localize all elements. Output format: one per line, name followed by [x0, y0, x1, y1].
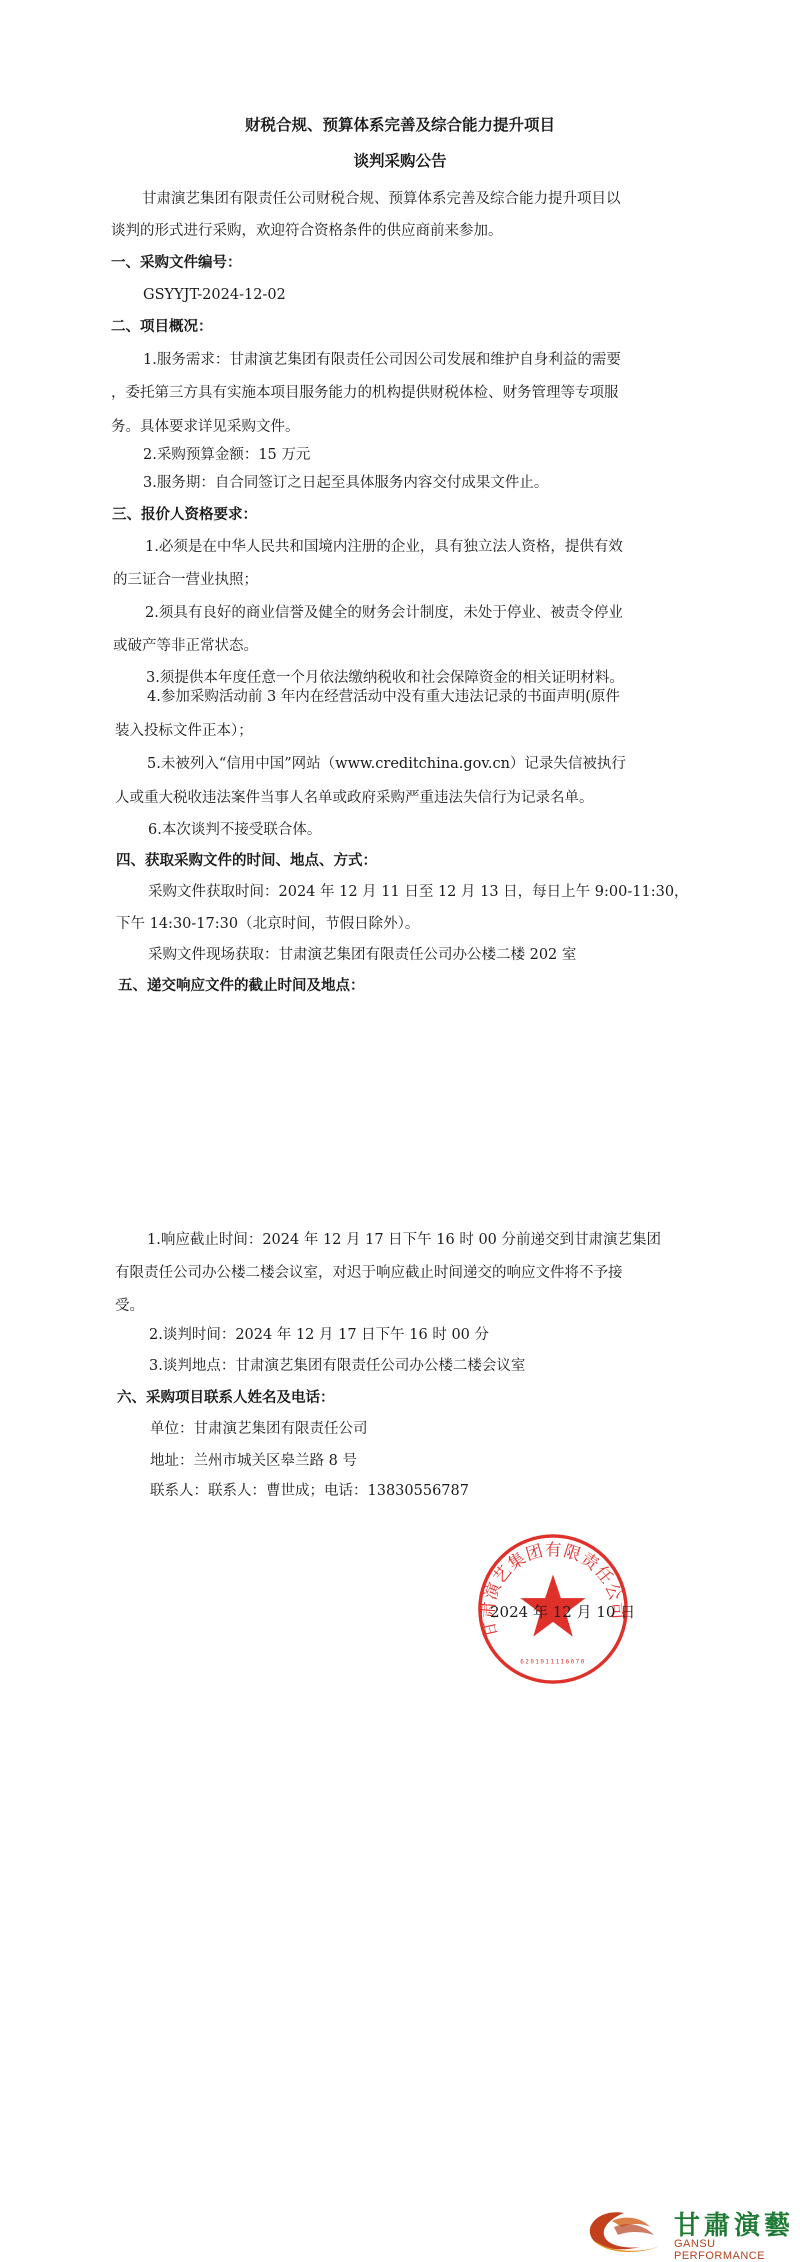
s2-item1-line1: 1.服务需求：甘肃演艺集团有限责任公司因公司发展和维护自身利益的需要 [143, 351, 621, 369]
s2-item1-line3: 务。具体要求详见采购文件。 [111, 418, 300, 436]
procurement-number: GSYYJT-2024-12-02 [143, 286, 286, 304]
section5-heading: 五、递交响应文件的截止时间及地点： [118, 977, 365, 995]
s4-time-line2: 下午 14:30-17:30（北京时间，节假日除外）。 [116, 915, 419, 933]
s3-item2-line1: 2.须具有良好的商业信誉及健全的财务会计制度，未处于停业、被责令停业 [145, 604, 623, 622]
doc-title-line1: 财税合规、预算体系完善及综合能力提升项目 [0, 113, 800, 135]
s5-item3-place: 3.谈判地点：甘肃演艺集团有限责任公司办公楼二楼会议室 [149, 1357, 525, 1375]
doc-title-line2: 谈判采购公告 [0, 149, 800, 171]
s6-address: 地址：兰州市城关区皋兰路 8 号 [150, 1452, 357, 1470]
logo-english-text: GANSU PERFORMANCE [674, 2238, 794, 2262]
gansu-performance-logo: 甘肅演藝 GANSU PERFORMANCE [584, 2205, 794, 2257]
s5-item1-line2: 有限责任公司办公楼二楼会议室，对迟于响应截止时间递交的响应文件将不予接 [115, 1264, 623, 1282]
signing-date: 2024 年 12 月 10 日 [490, 1601, 635, 1622]
s3-item2-line2: 或破产等非正常状态。 [113, 637, 258, 655]
intro-line1: 甘肃演艺集团有限责任公司财税合规、预算体系完善及综合能力提升项目以 [142, 190, 621, 208]
s3-item4-line2: 装入投标文件正本）； [115, 722, 253, 740]
s3-item5-line1: 5.未被列入“信用中国”网站（www.creditchina.gov.cn）记录… [147, 755, 626, 773]
s5-item1-line3: 受。 [115, 1297, 144, 1315]
s5-item2-time: 2.谈判时间：2024 年 12 月 17 日下午 16 时 00 分 [149, 1326, 489, 1344]
s4-time-line1: 采购文件获取时间：2024 年 12 月 11 日至 12 月 13 日，每日上… [148, 883, 689, 901]
intro-line2: 谈判的形式进行采购，欢迎符合资格条件的供应商前来参加。 [111, 222, 503, 240]
s3-item5-line2: 人或重大税收违法案件当事人名单或政府采购严重违法失信行为记录名单。 [115, 789, 594, 807]
s5-item1-line1: 1.响应截止时间：2024 年 12 月 17 日下午 16 时 00 分前递交… [147, 1231, 661, 1249]
s2-item1-line2: ，委托第三方具有实施本项目服务能力的机构提供财税体检、财务管理等专项服 [111, 384, 619, 402]
section6-heading: 六、采购项目联系人姓名及电话： [117, 1389, 335, 1407]
phoenix-logo-icon [584, 2205, 666, 2257]
s3-item6: 6.本次谈判不接受联合体。 [148, 821, 321, 839]
logo-chinese-text: 甘肅演藝 [674, 2205, 794, 2242]
s3-item1-line2: 的三证合一营业执照； [113, 571, 258, 589]
section4-heading: 四、获取采购文件的时间、地点、方式： [116, 852, 377, 870]
s6-unit: 单位：甘肃演艺集团有限责任公司 [150, 1420, 368, 1438]
s2-item3-period: 3.服务期：自合同签订之日起至具体服务内容交付成果文件止。 [143, 474, 548, 492]
section2-heading: 二、项目概况： [111, 318, 213, 336]
s4-place: 采购文件现场获取：甘肃演艺集团有限责任公司办公楼二楼 202 室 [148, 946, 576, 964]
s3-item1-line1: 1.必须是在中华人民共和国境内注册的企业，具有独立法人资格，提供有效 [145, 538, 623, 556]
section1-heading: 一、采购文件编号： [111, 254, 242, 272]
s3-item3: 3.须提供本年度任意一个月依法缴纳税收和社会保障资金的相关证明材料。 [146, 669, 624, 687]
s3-item4-line1: 4.参加采购活动前 3 年内在经营活动中没有重大违法记录的书面声明(原件 [147, 688, 620, 706]
s6-contact: 联系人：联系人：曹世成；电话：13830556787 [150, 1482, 469, 1500]
s2-item2-budget: 2.采购预算金额：15 万元 [143, 446, 310, 464]
seal-number: 6201011116070 [520, 1659, 585, 1665]
section3-heading: 三、报价人资格要求： [112, 506, 257, 524]
